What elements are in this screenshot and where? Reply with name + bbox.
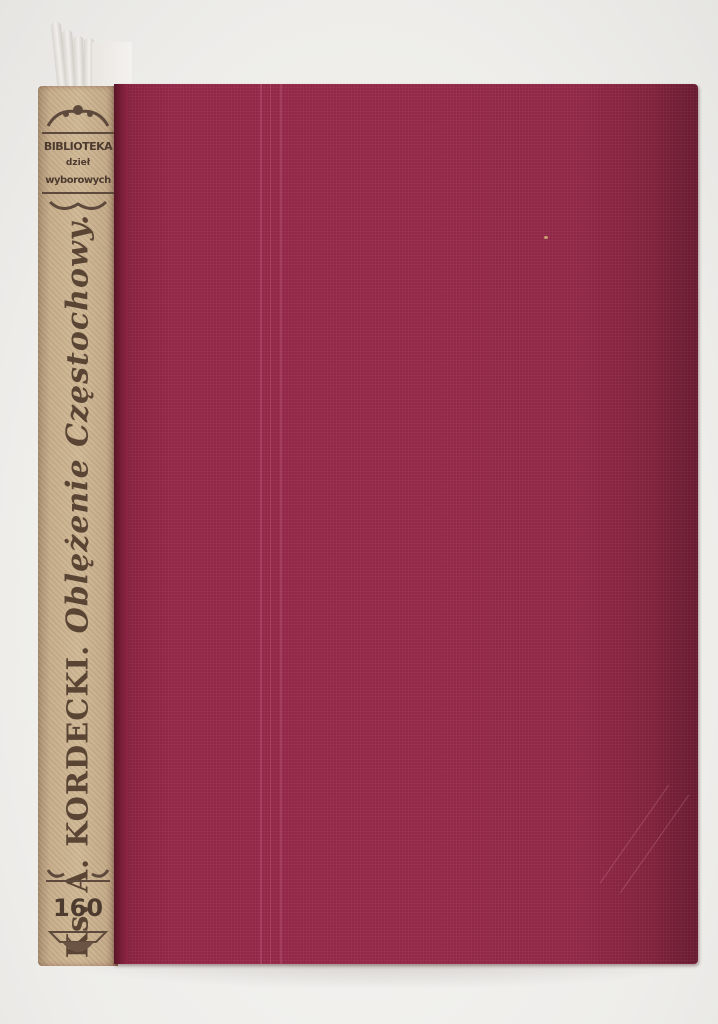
book-front-cover: [114, 84, 698, 964]
spine-scroll-ornament-icon: [44, 866, 112, 884]
page-block-top: [92, 42, 132, 88]
book-spine: BIBLIOTEKA dzieł wyborowych Ks. A. KORDE…: [38, 86, 118, 966]
book-title: Oblężenie Częstochowy.: [61, 214, 96, 634]
cover-wear-mark: [620, 795, 690, 894]
cover-stripe: [280, 84, 282, 964]
volume-number: 160: [38, 894, 118, 922]
spine-title-area: Ks. A. KORDECKI. Oblężenie Częstochowy.: [38, 86, 118, 966]
page-block: [42, 18, 132, 88]
spine-title-text: Ks. A. KORDECKI. Oblężenie Częstochowy.: [61, 214, 96, 958]
spine-bottom-ornament-icon: [48, 928, 108, 962]
cover-wear-mark: [600, 785, 670, 884]
book-shadow: [50, 960, 710, 990]
cover-hinge: [114, 84, 128, 964]
cover-stripe: [270, 84, 271, 964]
cover-spot: [544, 236, 548, 239]
cover-stripe: [260, 84, 262, 964]
